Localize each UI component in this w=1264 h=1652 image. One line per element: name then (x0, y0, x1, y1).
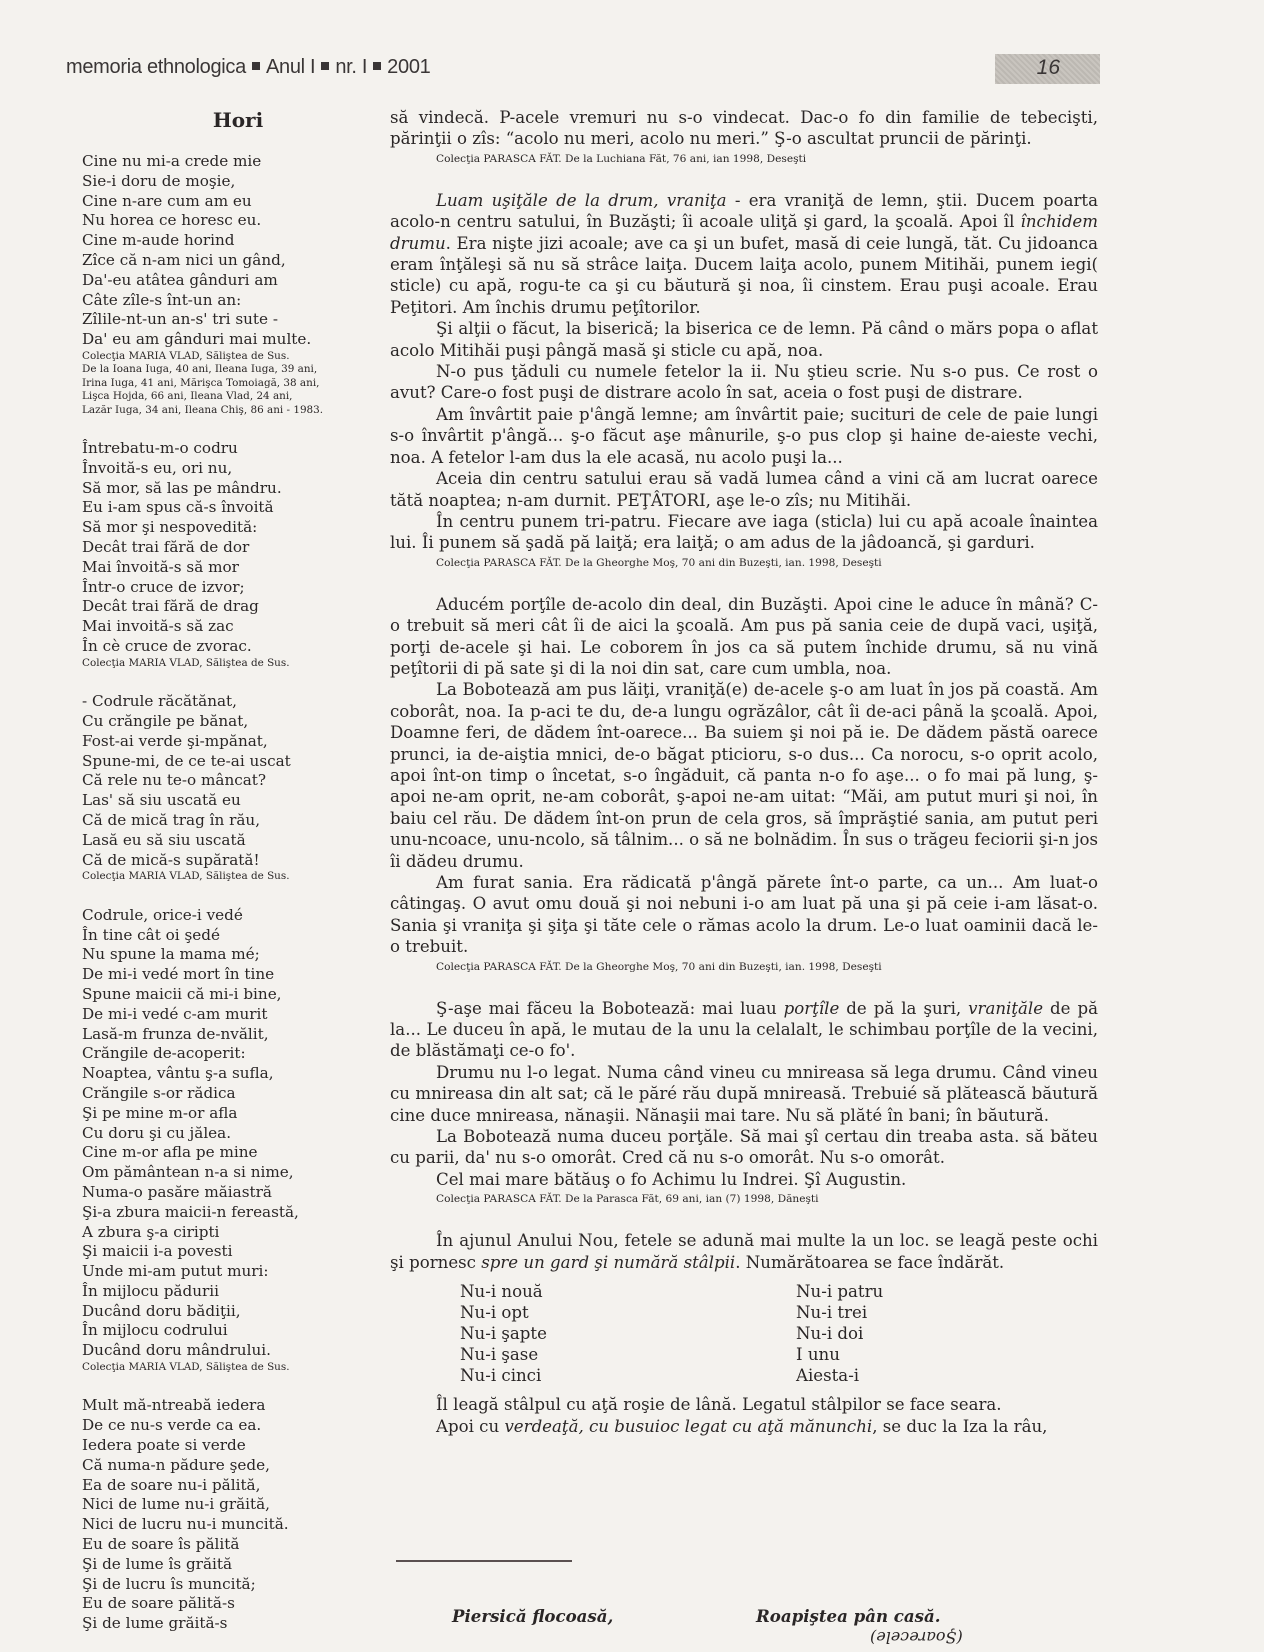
poem-citation: De la Ioana Iuga, 40 ani, Ileana Iuga, 3… (82, 363, 372, 376)
poem-line: Eu de soare pălită-s (82, 1594, 372, 1614)
poem-line: - Codrule răcătănat, (82, 692, 372, 712)
poem-line: Decât trai fără de dor (82, 538, 372, 558)
poem-line: Eu de soare îs pălită (82, 1535, 372, 1555)
poem-line: Las' să siu uscată eu (82, 791, 372, 811)
prose-line: Apoi cu verdeaţă, cu busuioc legat cu aţ… (390, 1416, 1098, 1437)
journal-masthead: memoria ethnologicaAnul Inr. I2001 (66, 56, 430, 79)
poem-line: Învoită-s eu, ori nu, (82, 459, 372, 479)
poem-line: Nu horea ce horesc eu. (82, 211, 372, 231)
poem-line: Şi de lume îs grăită (82, 1555, 372, 1575)
poem-line: Spune maicii că mi-i bine, (82, 985, 372, 1005)
poem-citation: Colecţia MARIA VLAD, Sălіştea de Sus. (82, 1361, 372, 1374)
poem: Cine nu mi-a crede mie Sie-i doru de moş… (82, 152, 372, 417)
poem-citation: Colecţia MARIA VLAD, Sălіştea de Sus. (82, 870, 372, 883)
prose-paragraph: Aducém porţîle de-acolo din deal, din Bu… (390, 594, 1098, 680)
poem-line: Da' eu am gânduri mai multe. (82, 330, 372, 350)
journal-name: memoria ethnologica (66, 56, 246, 78)
page-number-box: 16 (995, 54, 1100, 84)
poem-line: Şi de lume grăită-s (82, 1614, 372, 1634)
poem-line: Nu spune la mama mé; (82, 945, 372, 965)
footnote-divider (396, 1560, 572, 1562)
paragraph-text: Ş-aşe mai făceu la Bobotează: mai luau (436, 999, 784, 1018)
poem-line: Crăngile s-or rădica (82, 1084, 372, 1104)
poem-line: Şi maicii i-a povesti (82, 1242, 372, 1262)
prose-paragraph: Drumu nu l-o legat. Numa când vineu cu m… (390, 1062, 1098, 1126)
poem-line: De mi-i vedé c-am murit (82, 1005, 372, 1025)
prose-paragraph: N-o pus ţăduli cu numele fetelor la ii. … (390, 361, 1098, 404)
poem-line: Lasă-m frunza de-nvălit, (82, 1025, 372, 1045)
poem-line: Eu i-am spus că-s învoită (82, 498, 372, 518)
paragraph-text: de pă la şuri, (839, 999, 968, 1018)
count-line: Nu-i patru (796, 1281, 1096, 1302)
poem-citation: Lazăr Iuga, 34 ani, Ileana Chiş, 86 ani … (82, 404, 372, 417)
count-line: I unu (796, 1344, 1096, 1365)
poem-line: Cine n-are cum am eu (82, 192, 372, 212)
poem-citation: Colecţia MARIA VLAD, Sălіştea de Sus. (82, 350, 372, 363)
square-bullet-icon (321, 62, 329, 70)
poem-line: Om pământean n-a si nime, (82, 1163, 372, 1183)
count-line: Nu-i trei (796, 1302, 1096, 1323)
count-line: Nu-i cinci (460, 1365, 796, 1386)
poem: Mult mă-ntreabă iedera De ce nu-s verde … (82, 1396, 372, 1634)
poem-line: În mijlocu codrului (82, 1321, 372, 1341)
poem-line: Nici de lume nu-i grăită, (82, 1495, 372, 1515)
italic-phrase: vraniţăle (968, 999, 1043, 1018)
poem-line: Că rele nu te-o mâncat? (82, 771, 372, 791)
italic-phrase: spre un gard şi numără stâlpii (481, 1253, 735, 1272)
poem-line: Nici de lucru nu-i muncită. (82, 1515, 372, 1535)
poem-citation: Irina Iuga, 41 ani, Mărişca Tomoiagă, 38… (82, 377, 372, 390)
prose-line: Îl leagă stâlpul cu aţă roşie de lână. L… (390, 1394, 1098, 1415)
poem-citation: Lişca Hojda, 66 ani, Ileana Vlad, 24 ani… (82, 390, 372, 403)
running-header: memoria ethnologicaAnul Inr. I2001 16 (66, 54, 1100, 84)
page-number: 16 (1037, 56, 1060, 80)
poem-line: Cu doru şi cu jălea. (82, 1124, 372, 1144)
poem-line: Decât trai fără de drag (82, 597, 372, 617)
prose-paragraph: Aceia din centru satului erau să vadă lu… (390, 468, 1098, 511)
italic-phrase: Luam uşiţăle de la drum, vraniţa (436, 191, 727, 210)
italic-phrase: verdeaţă, cu busuioc legat cu aţă mănunc… (504, 1417, 872, 1436)
volume-label: Anul I (266, 56, 315, 78)
poem-line: Ea de soare nu-i pălită, (82, 1476, 372, 1496)
riddle-line: Piersică flocoasă, (452, 1606, 613, 1626)
poem-line: De ce nu-s verde ca ea. (82, 1416, 372, 1436)
poem-line: Numa-o pasăre măiastră (82, 1183, 372, 1203)
prose-paragraph: Şi alţii o făcut, la biserică; la biseri… (390, 318, 1098, 361)
poem-line: Sie-i doru de moşie, (82, 172, 372, 192)
square-bullet-icon (373, 62, 381, 70)
prose-paragraph: În ajunul Anului Nou, fetele se adună ma… (390, 1230, 1098, 1273)
count-line: Nu-i doi (796, 1323, 1096, 1344)
prose-paragraph: Cel mai mare bătăuş o fo Achimu lu Indre… (390, 1169, 1098, 1190)
poem: - Codrule răcătănat, Cu crăngile pe băna… (82, 692, 372, 884)
poem-line: Că numa-n pădure şede, (82, 1456, 372, 1476)
poem-line: Zîlile-nt-un an-s' tri sute - (82, 310, 372, 330)
poem-line: Că de mică-s supărată! (82, 851, 372, 871)
poem-line: Că de mică trag în rău, (82, 811, 372, 831)
poem-line: Noaptea, vântu ş-a sufla, (82, 1064, 372, 1084)
riddle-line: Roapiştea pân casă. (756, 1606, 941, 1626)
counting-rhyme: Nu-i nouă Nu-i patru Nu-i opt Nu-i trei … (390, 1281, 1098, 1386)
left-column-poems: Hori Cine nu mi-a crede mie Sie-i doru d… (82, 108, 372, 1652)
prose-citation: Colecţia PARASCA FĂT. De la Gheorghe Moş… (390, 960, 1098, 974)
right-column-prose: să vindecă. P-acele vremuri nu s-o vinde… (390, 107, 1098, 1437)
count-line: Aiesta-i (796, 1365, 1096, 1386)
poem: Întrebatu-m-o codru Învoită-s eu, ori nu… (82, 439, 372, 670)
count-line: Nu-i opt (460, 1302, 796, 1323)
poem-line: Mult mă-ntreabă iedera (82, 1396, 372, 1416)
prose-paragraph: La Bobotează numa duceu porţăle. Să mai … (390, 1126, 1098, 1169)
count-line: Nu-i nouă (460, 1281, 796, 1302)
paragraph-text: Apoi cu (436, 1417, 504, 1436)
poem-line: De mi-i vedé mort în tine (82, 965, 372, 985)
poem-line: Cu crăngile pe bănat, (82, 712, 372, 732)
poem-line: Cine m-aude horind (82, 231, 372, 251)
poem-line: Codrule, orice-i vedé (82, 906, 372, 926)
poem-line: Şi-a zbura maicii-n fereastă, (82, 1203, 372, 1223)
poem-line: Cine m-or afla pe mine (82, 1143, 372, 1163)
prose-paragraph: Ş-aşe mai făceu la Bobotează: mai luau p… (390, 998, 1098, 1062)
poem-line: Ducând doru mândrului. (82, 1341, 372, 1361)
poem-line: A zbura ş-a ciripti (82, 1223, 372, 1243)
poem-line: Iedera poate si verde (82, 1436, 372, 1456)
year-label: 2001 (387, 56, 430, 78)
document-page: memoria ethnologicaAnul Inr. I2001 16 Ho… (0, 0, 1264, 1652)
poem-line: Întrebatu-m-o codru (82, 439, 372, 459)
issue-label: nr. I (335, 56, 367, 78)
poem-line: În tine cât oi şedé (82, 926, 372, 946)
paragraph-text: . Era nişte jizi acoale; ave ca şi un bu… (390, 234, 1098, 317)
poem-line: Ducând doru bădiţii, (82, 1302, 372, 1322)
poem-line: În mijlocu pădurii (82, 1282, 372, 1302)
poem-line: Într-o cruce de izvor; (82, 578, 372, 598)
prose-paragraph: Am furat sania. Era rădicată p'ângă păre… (390, 872, 1098, 958)
poem-line: Da'-eu atâtea gânduri am (82, 271, 372, 291)
prose-paragraph: Luam uşiţăle de la drum, vraniţa - era v… (390, 190, 1098, 318)
prose-paragraph: În centru punem tri-patru. Fiecare ave i… (390, 511, 1098, 554)
prose-paragraph: La Bobotează am pus lăiţi, vraniţă(e) de… (390, 679, 1098, 872)
prose-citation: Colecţia PARASCA FĂT. De la Parasca Făt,… (390, 1192, 1098, 1206)
prose-citation: Colecţia PARASCA FĂT. De la Luchiana Făt… (390, 152, 1098, 166)
paragraph-text: , se duc la Iza la râu, (872, 1417, 1047, 1436)
italic-phrase: porţîle (784, 999, 840, 1018)
count-line: Nu-i şapte (460, 1323, 796, 1344)
poem-line: Cine nu mi-a crede mie (82, 152, 372, 172)
poem-line: În cè cruce de zvorac. (82, 637, 372, 657)
poem-line: Unde mi-am putut muri: (82, 1262, 372, 1282)
poem-line: Mai invoită-s să zac (82, 617, 372, 637)
prose-citation: Colecţia PARASCA FĂT. De la Gheorghe Moş… (390, 556, 1098, 570)
prose-paragraph: să vindecă. P-acele vremuri nu s-o vinde… (390, 107, 1098, 150)
poem-line: Lasă eu să siu uscată (82, 831, 372, 851)
poem-citation: Colecţia MARIA VLAD, Sălіştea de Sus. (82, 657, 372, 670)
poem-line: Câte zîle-s înt-un an: (82, 291, 372, 311)
square-bullet-icon (252, 62, 260, 70)
section-title: Hori (82, 108, 372, 132)
poem-line: Crăngile de-acoperit: (82, 1044, 372, 1064)
poem-line: Zîce că n-am nici un gând, (82, 251, 372, 271)
poem-line: Fost-ai verde şi-mpănat, (82, 732, 372, 752)
count-line: Nu-i şase (460, 1344, 796, 1365)
poem-line: Să mor, să las pe mândru. (82, 479, 372, 499)
poem-line: Să mor şi nespovedită: (82, 518, 372, 538)
prose-paragraph: Am învârtit paie p'ângă lemne; am învârt… (390, 404, 1098, 468)
poem-line: Spune-mi, de ce te-ai uscat (82, 752, 372, 772)
poem-line: Şi pe mine m-or afla (82, 1104, 372, 1124)
paragraph-text: . Numărătoarea se face îndărăt. (735, 1253, 1004, 1272)
poem-line: Şi de lucru îs muncită; (82, 1575, 372, 1595)
poem-line: Mai învoită-s să mor (82, 558, 372, 578)
riddle-answer-upside-down: (Şoarecele) (870, 1628, 963, 1647)
poem: Codrule, orice-i vedé În tine cât oi şed… (82, 906, 372, 1375)
